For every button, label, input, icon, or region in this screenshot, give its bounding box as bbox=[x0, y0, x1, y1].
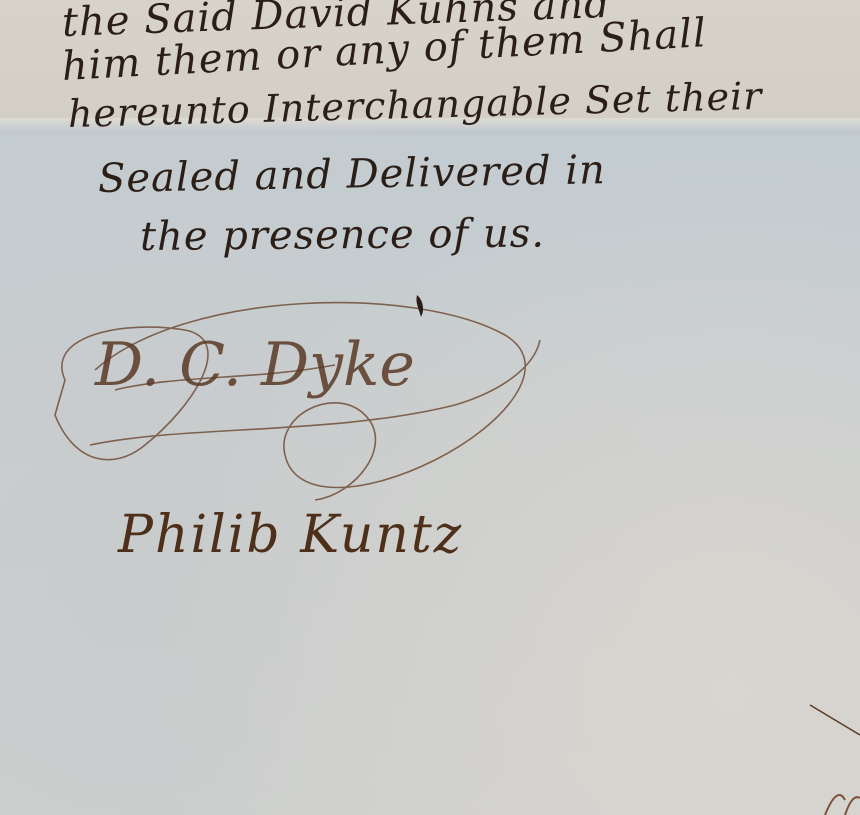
signature-flourish-icon bbox=[35, 295, 555, 505]
signature-1: D. C. Dyke bbox=[95, 330, 415, 400]
attestation-line-2: the presence of us. bbox=[140, 210, 545, 260]
attestation-line-1: Sealed and Delivered in bbox=[98, 147, 607, 202]
signature-2: Philib Kuntz bbox=[118, 505, 463, 565]
ink-stroke-icon bbox=[805, 700, 860, 815]
